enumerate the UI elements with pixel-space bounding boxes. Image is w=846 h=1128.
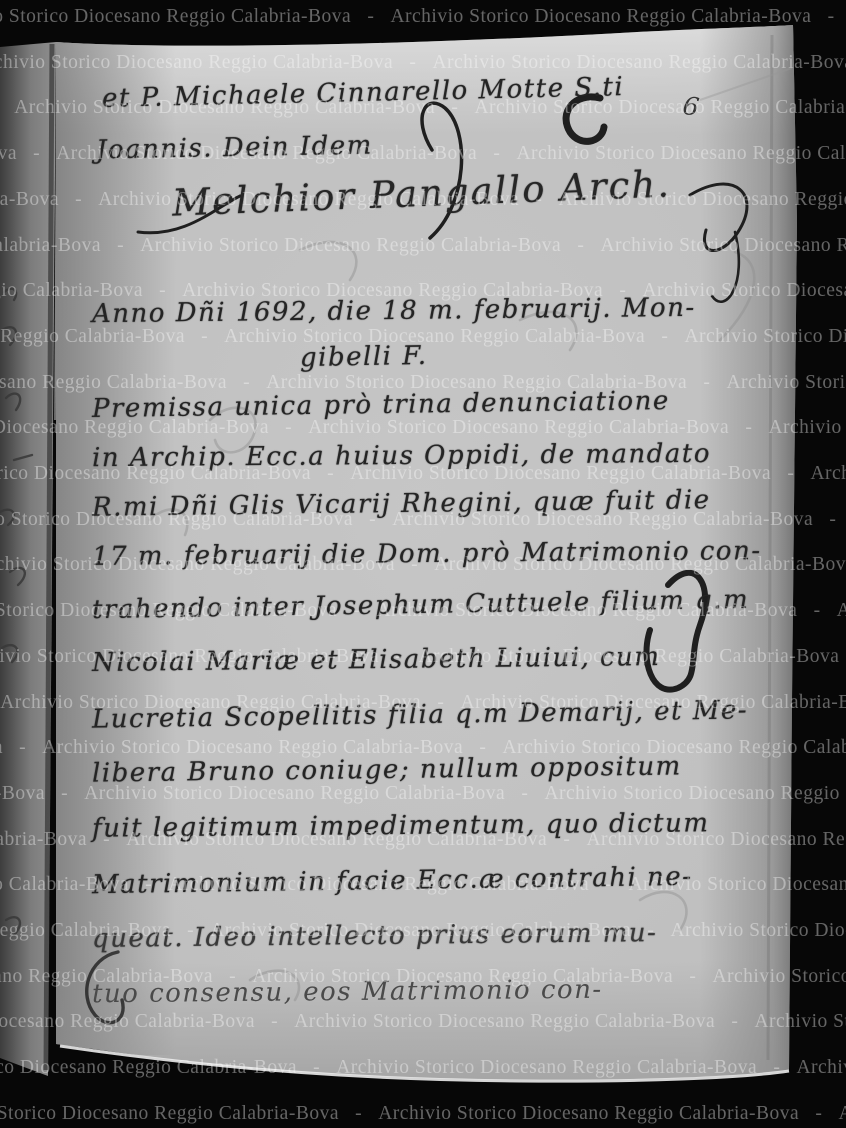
- body-line-9: Lucretia Scopellitis filia q.m Demarij, …: [92, 695, 748, 734]
- body-line-3: Premissa unica prò trina denunciatione: [92, 386, 670, 424]
- margin-mark: 6: [681, 91, 703, 122]
- body-line-5: R.mi Dñi Glis Vicarij Rhegini, quæ fuit …: [92, 485, 711, 523]
- signature-line: Melchior Pangallo Arch.: [171, 162, 671, 224]
- body-line-12: Matrimonium in facie Ecc.æ contrahi ne-: [92, 862, 693, 900]
- body-line-1: Anno Dñi 1692, die 18 m. februarij. Mon-: [92, 293, 696, 329]
- manuscript-text-layer: et P. Michaele Cinnarello Motte S.ti Joa…: [0, 0, 846, 1128]
- body-line-11: fuit legitimum impedimentum, quo dictum: [92, 808, 710, 843]
- header-line-2: Joannis. Dein Idem: [96, 131, 373, 166]
- body-line-2: gibelli F.: [300, 341, 428, 373]
- archive-scan-photo: et P. Michaele Cinnarello Motte S.ti Joa…: [0, 0, 846, 1128]
- header-line-1: et P. Michaele Cinnarello Motte S.ti: [102, 72, 625, 114]
- body-line-10: libera Bruno coniuge; nullum oppositum: [92, 751, 682, 788]
- body-line-6: 17 m. februarij die Dom. prò Matrimonio …: [92, 536, 762, 572]
- body-line-14: tuo consensu, eos Matrimonio con-: [92, 975, 603, 1009]
- body-line-8: Nicolai Mariæ et Elisabeth Liuiui, cum: [92, 642, 661, 678]
- body-line-13: queat. Ideo intellecto prius eorum mu-: [92, 918, 658, 954]
- body-line-7: trahendo inter Josephum Cuttuele filium …: [92, 585, 750, 625]
- body-line-4: in Archip. Ecc.a huius Oppidi, de mandat…: [92, 439, 711, 473]
